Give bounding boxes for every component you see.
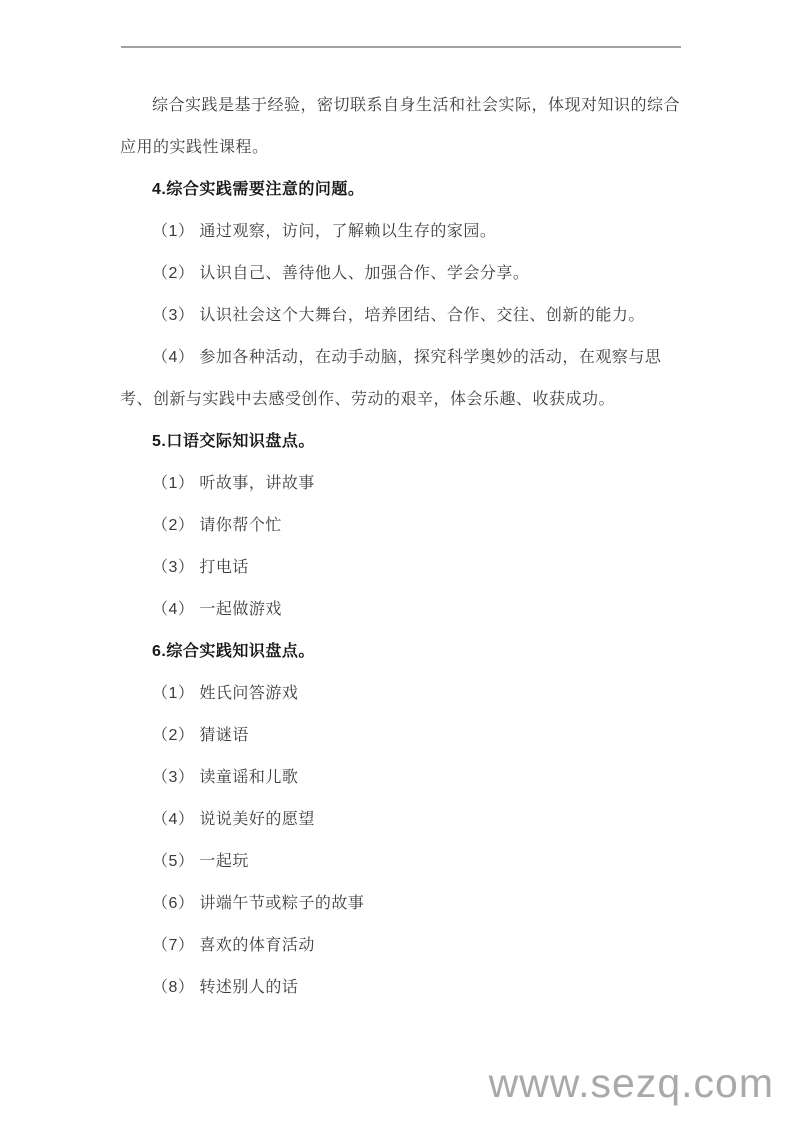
list-item: （5） 一起玩 xyxy=(120,841,682,883)
list-item: （2） 猜谜语 xyxy=(120,715,682,757)
list-item: （1） 听故事，讲故事 xyxy=(120,463,682,505)
list-item: （4） 参加各种活动，在动手动脑，探究科学奥妙的活动，在观察与思考、创新与实践中… xyxy=(120,337,682,421)
section-heading: 5.口语交际知识盘点。 xyxy=(120,421,682,463)
list-item: （4） 说说美好的愿望 xyxy=(120,799,682,841)
list-item: （6） 讲端午节或粽子的故事 xyxy=(120,883,682,925)
section-heading: 4.综合实践需要注意的问题。 xyxy=(120,169,682,211)
list-item: （2） 认识自己、善待他人、加强合作、学会分享。 xyxy=(120,253,682,295)
header-rule xyxy=(121,46,681,48)
list-item: （1） 姓氏问答游戏 xyxy=(120,673,682,715)
watermark: www.sezq.com xyxy=(489,1063,774,1104)
section-heading: 6.综合实践知识盘点。 xyxy=(120,631,682,673)
list-item: （7） 喜欢的体育活动 xyxy=(120,925,682,967)
list-item: （1） 通过观察，访问，了解赖以生存的家园。 xyxy=(120,211,682,253)
list-item: （8） 转述别人的话 xyxy=(120,967,682,1009)
list-item: （2） 请你帮个忙 xyxy=(120,505,682,547)
sections-container: 4.综合实践需要注意的问题。（1） 通过观察，访问，了解赖以生存的家园。（2） … xyxy=(120,169,682,1009)
list-item: （3） 认识社会这个大舞台，培养团结、合作、交往、创新的能力。 xyxy=(120,295,682,337)
intro-paragraph: 综合实践是基于经验，密切联系自身生活和社会实际，体现对知识的综合应用的实践性课程… xyxy=(120,85,682,169)
document-page: 综合实践是基于经验，密切联系自身生活和社会实际，体现对知识的综合应用的实践性课程… xyxy=(0,0,800,1132)
list-item: （3） 读童谣和儿歌 xyxy=(120,757,682,799)
list-item: （4） 一起做游戏 xyxy=(120,589,682,631)
document-body: 综合实践是基于经验，密切联系自身生活和社会实际，体现对知识的综合应用的实践性课程… xyxy=(120,85,682,1009)
list-item: （3） 打电话 xyxy=(120,547,682,589)
